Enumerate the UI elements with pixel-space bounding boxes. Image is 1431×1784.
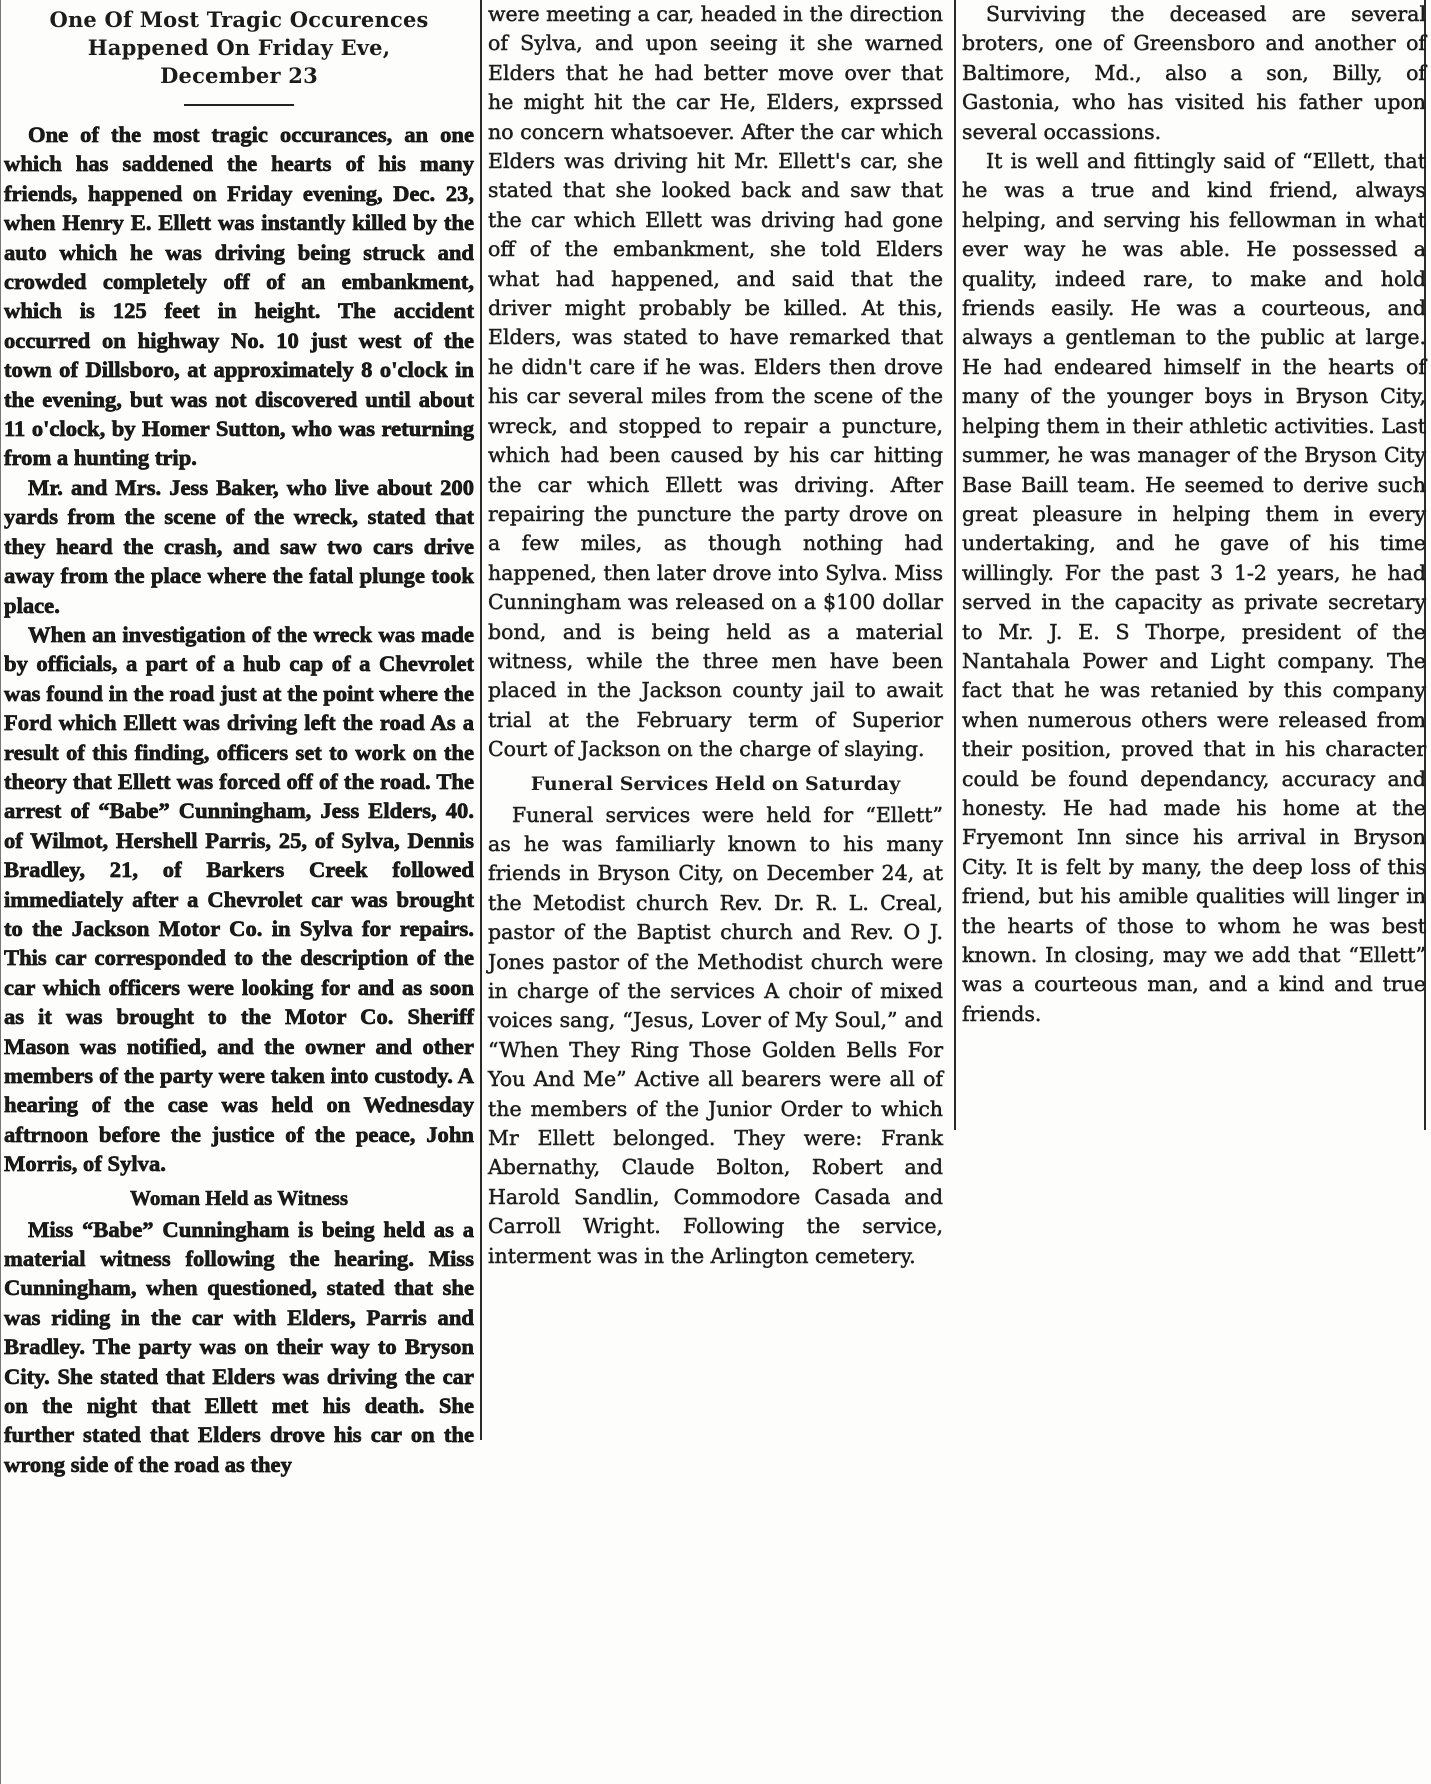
headline-divider: [184, 104, 294, 106]
column-rule-1: [480, 0, 482, 1440]
paragraph: Miss “Babe” Cunningham is being held as …: [4, 1215, 474, 1480]
column-3: Surviving the deceased are several brote…: [962, 0, 1426, 1130]
paragraph: It is well and fittingly said of “Ellett…: [962, 147, 1426, 1029]
paragraph: One of the most tragic occurances, an on…: [4, 120, 474, 473]
newspaper-clipping: One Of Most Tragic Occurences Happened O…: [0, 0, 1431, 1784]
column-2: were meeting a car, headed in the direct…: [488, 0, 943, 1440]
headline-line-3: December 23: [4, 62, 474, 90]
column-rule-left: [0, 0, 1, 1784]
subheading-woman-held: Woman Held as Witness: [4, 1183, 474, 1213]
paragraph: Mr. and Mrs. Jess Baker, who live about …: [4, 473, 474, 620]
column-rule-2: [954, 0, 956, 1130]
headline-line-1: One Of Most Tragic Occurences: [4, 6, 474, 34]
paragraph: When an investigation of the wreck was m…: [4, 620, 474, 1179]
paragraph: Surviving the deceased are several brote…: [962, 0, 1426, 147]
column-1: One Of Most Tragic Occurences Happened O…: [4, 0, 474, 1784]
headline-line-2: Happened On Friday Eve,: [4, 34, 474, 62]
paragraph-continued: were meeting a car, headed in the direct…: [488, 0, 943, 765]
headline: One Of Most Tragic Occurences Happened O…: [4, 6, 474, 90]
subheading-funeral-services: Funeral Services Held on Saturday: [488, 769, 943, 799]
paragraph: Funeral services were held for “Ellett” …: [488, 801, 943, 1272]
